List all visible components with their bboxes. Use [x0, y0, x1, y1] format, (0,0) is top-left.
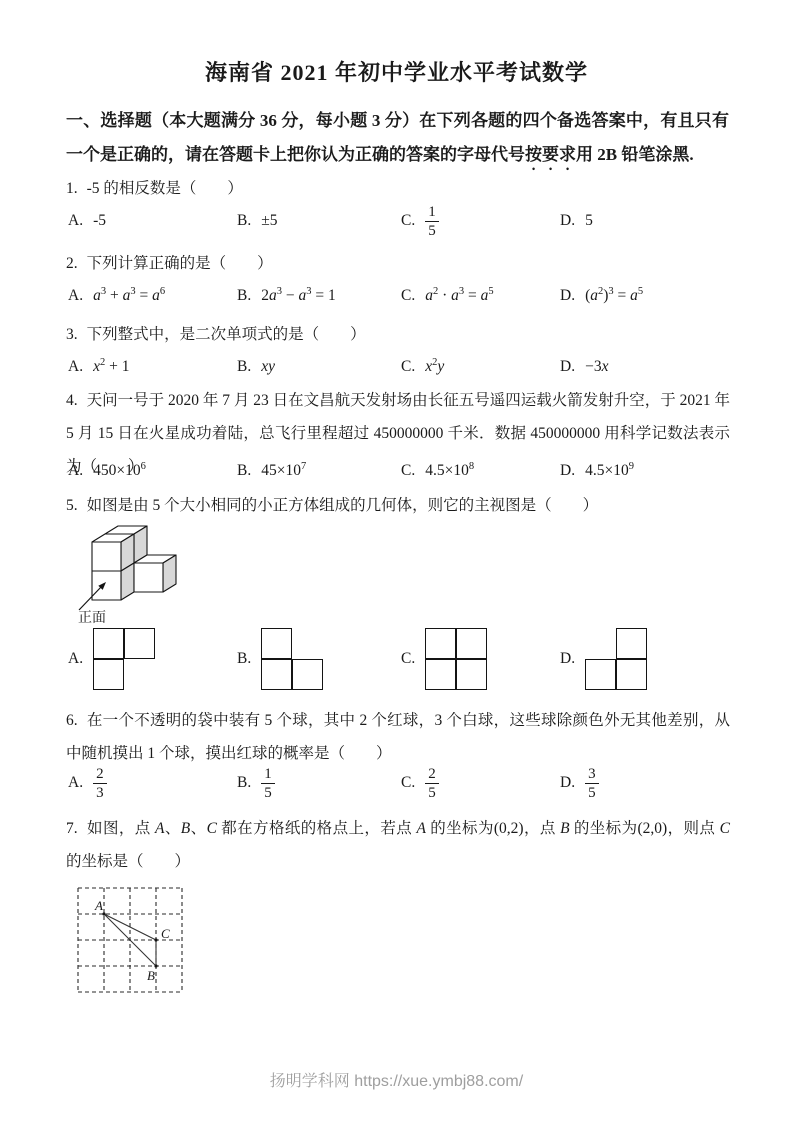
q3-option-d: D.−3x	[560, 348, 608, 386]
question-2-text: 下列计算正确的是（ ）	[87, 255, 273, 272]
text-part: a	[93, 288, 101, 305]
coordinate-grid-figure: A C B	[70, 878, 230, 1003]
q1-option-a-label: A.	[68, 212, 83, 230]
q3-option-b-label: B.	[237, 358, 251, 376]
question-3-options: A.x2 + 1 B.xy C.x2y D.−3x	[68, 348, 768, 386]
q6-option-d-value: 35	[585, 765, 599, 802]
q4-option-c-label: C.	[401, 462, 415, 480]
point-a-label: A	[94, 898, 103, 913]
text-part: 450×10	[93, 463, 141, 480]
view-cell	[616, 628, 647, 659]
q2-option-a-label: A.	[68, 287, 83, 305]
q3-option-d-label: D.	[560, 358, 575, 376]
text-part: C	[207, 820, 217, 837]
view-cell	[292, 659, 323, 690]
q5-option-a-view	[93, 628, 156, 691]
text-part: 、	[190, 820, 206, 837]
text-part: =	[136, 288, 153, 305]
view-cell	[261, 628, 292, 659]
text-part: C	[720, 820, 730, 837]
q4-option-d-label: D.	[560, 462, 575, 480]
text-part: 下列整式中，是二次单项式的是（ ）	[87, 326, 366, 343]
q1-option-c-value: 15	[425, 203, 439, 240]
text-part: −3	[585, 358, 602, 375]
q3-option-c-value: x2y	[425, 357, 444, 376]
q3-option-a: A.x2 + 1	[68, 348, 129, 386]
q1-option-b: B.±5	[237, 196, 277, 246]
q5-option-b-label: B.	[237, 650, 251, 668]
q5-option-c-view	[425, 628, 488, 691]
text-part: 7	[301, 461, 306, 472]
q3-option-c: C.x2y	[401, 348, 444, 386]
section-heading: 一、选择题（本大题满分 36 分，每小题 3 分）在下列各题的四个备选答案中，有…	[66, 104, 729, 174]
question-3-stem: 3.下列整式中，是二次单项式的是（ ）	[66, 318, 730, 351]
text-part: 9	[629, 461, 634, 472]
q2-option-c-value: a2 · a3 = a5	[425, 286, 493, 305]
q2-option-a: A.a3 + a3 = a6	[68, 277, 165, 315]
q2-option-b-label: B.	[237, 287, 251, 305]
text-part: a	[269, 288, 277, 305]
view-cell	[616, 659, 647, 690]
question-5-text: 如图是由 5 个大小相同的小正方体组成的几何体，则它的主视图是（ ）	[87, 497, 599, 514]
q6-option-b-label: B.	[237, 774, 251, 792]
text-part: 的坐标是（ ）	[66, 853, 190, 870]
question-1-text: -5 的相反数是（ ）	[87, 180, 243, 197]
q6-option-d-label: D.	[560, 774, 575, 792]
text-part: 5	[638, 286, 643, 297]
text-part: 45×10	[261, 463, 301, 480]
question-3-text: 下列整式中，是二次单项式的是（ ）	[87, 326, 366, 343]
q4-option-c: C.4.5×108	[401, 452, 474, 490]
text-part: x	[602, 358, 609, 375]
text-part: -5 的相反数是（ ）	[87, 180, 243, 197]
question-7-stem: 7.如图，点 A、B、C 都在方格纸的格点上，若点 A 的坐标为(0,2)，点 …	[66, 812, 730, 878]
q5-option-b: B.	[237, 626, 324, 692]
text-part: 25	[425, 765, 439, 802]
point-b-label: B	[147, 968, 155, 983]
text-part: 4.5×10	[585, 463, 629, 480]
q6-option-c-value: 25	[425, 765, 439, 802]
q6-option-b: B.15	[237, 757, 275, 809]
q2-option-d: D.(a2)3 = a5	[560, 277, 643, 315]
q4-option-a: A.450×106	[68, 452, 146, 490]
text-part: −	[282, 288, 299, 305]
front-face-label: 正面	[78, 610, 106, 626]
q5-option-d-view	[585, 628, 648, 691]
text-part: 如图是由 5 个大小相同的小正方体组成的几何体，则它的主视图是（ ）	[87, 497, 599, 514]
q2-option-c-label: C.	[401, 287, 415, 305]
text-part: B	[181, 820, 190, 837]
text-part: 15	[261, 765, 275, 802]
text-part: 的坐标为(2,0)，则点	[570, 820, 720, 837]
q5-option-c: C.	[401, 626, 488, 692]
q1-option-d-value: 5	[585, 212, 593, 230]
view-cell	[124, 628, 155, 659]
view-cell	[93, 659, 124, 690]
q6-option-b-value: 15	[261, 765, 275, 802]
question-3-number: 3.	[66, 326, 78, 343]
q1-option-b-value: ±5	[261, 212, 277, 230]
text-part: 用 2B 铅笔涂黑.	[576, 145, 694, 164]
q1-option-c-label: C.	[401, 212, 415, 230]
q2-option-d-label: D.	[560, 287, 575, 305]
view-cell	[456, 628, 487, 659]
view-cell	[425, 628, 456, 659]
q1-option-b-label: B.	[237, 212, 251, 230]
text-part: a	[451, 288, 459, 305]
q5-option-d-label: D.	[560, 650, 575, 668]
q2-option-b: B.2a3 − a3 = 1	[237, 277, 336, 315]
text-part: 5	[585, 212, 593, 229]
q3-option-b: B.xy	[237, 348, 275, 386]
q2-option-a-value: a3 + a3 = a6	[93, 286, 165, 305]
view-cell	[456, 659, 487, 690]
text-part: 的坐标为(0,2)，点	[426, 820, 560, 837]
q5-option-c-label: C.	[401, 650, 415, 668]
text-part: xy	[261, 358, 275, 375]
text-part: 5	[488, 286, 493, 297]
q6-option-c: C.25	[401, 757, 439, 809]
text-part: 35	[585, 765, 599, 802]
q5-option-a: A.	[68, 626, 156, 692]
question-6-options: A.23 B.15 C.25 D.35	[68, 757, 768, 809]
q1-option-a-value: -5	[93, 212, 106, 230]
question-2-stem: 2.下列计算正确的是（ ）	[66, 247, 730, 280]
view-cell	[93, 628, 124, 659]
text-part: A	[416, 820, 425, 837]
view-cell	[425, 659, 456, 690]
q4-option-a-value: 450×106	[93, 461, 146, 480]
question-2-number: 2.	[66, 255, 78, 272]
q6-option-c-label: C.	[401, 774, 415, 792]
cube-solid-figure: 正面	[72, 516, 192, 628]
q5-option-a-label: A.	[68, 650, 83, 668]
q5-option-d: D.	[560, 626, 648, 692]
q1-option-c: C.15	[401, 196, 439, 246]
question-6-text: 在一个不透明的袋中装有 5 个球，其中 2 个红球，3 个白球，这些球除颜色外无…	[66, 712, 730, 762]
exam-document-page: 海南省 2021 年初中学业水平考试数学 一、选择题（本大题满分 36 分，每小…	[0, 0, 793, 1122]
text-part: =	[464, 288, 481, 305]
text-part: ·	[438, 288, 451, 305]
text-part: = 1	[311, 288, 335, 305]
view-cell	[585, 659, 616, 690]
text-part: 下列计算正确的是（ ）	[87, 255, 273, 272]
q4-option-d-value: 4.5×109	[585, 461, 634, 480]
text-part: a	[152, 288, 160, 305]
text-part: 15	[425, 203, 439, 240]
q4-option-b-value: 45×107	[261, 461, 306, 480]
q3-option-a-value: x2 + 1	[93, 357, 129, 376]
q2-option-d-value: (a2)3 = a5	[585, 286, 643, 305]
q6-option-a: A.23	[68, 757, 107, 809]
question-5-number: 5.	[66, 497, 78, 514]
text-part: 4.5×10	[425, 463, 469, 480]
q4-option-a-label: A.	[68, 462, 83, 480]
text-part: + 1	[105, 359, 129, 376]
text-part: 在一个不透明的袋中装有 5 个球，其中 2 个红球，3 个白球，这些球除颜色外无…	[66, 712, 730, 762]
text-part: +	[106, 288, 123, 305]
point-c	[154, 938, 157, 941]
question-2-options: A.a3 + a3 = a6 B.2a3 − a3 = 1 C.a2 · a3 …	[68, 277, 768, 315]
question-4-options: A.450×106 B.45×107 C.4.5×108 D.4.5×109	[68, 452, 768, 490]
text-part: 、	[164, 820, 180, 837]
q1-option-a: A.-5	[68, 196, 106, 246]
q3-option-b-value: xy	[261, 358, 275, 376]
point-c-label: C	[161, 926, 170, 941]
q6-option-a-label: A.	[68, 774, 83, 792]
view-cell	[261, 659, 292, 690]
q2-option-b-value: 2a3 − a3 = 1	[261, 286, 336, 305]
question-6-number: 6.	[66, 712, 78, 729]
text-part: y	[437, 359, 444, 376]
text-part: a	[425, 288, 433, 305]
watermark-footer: 扬明学科网 https://xue.ymbj88.com/	[0, 1068, 793, 1091]
text-part: 8	[469, 461, 474, 472]
text-part: ±5	[261, 212, 277, 229]
question-1-number: 1.	[66, 180, 78, 197]
q3-option-a-label: A.	[68, 358, 83, 376]
q1-option-d: D.5	[560, 196, 593, 246]
q6-option-d: D.35	[560, 757, 599, 809]
text-part: 按要求	[525, 145, 576, 164]
question-1-options: A.-5 B.±5 C.15 D.5	[68, 196, 768, 246]
text-part: 23	[93, 765, 107, 802]
text-part: =	[614, 288, 631, 305]
q2-option-c: C.a2 · a3 = a5	[401, 277, 494, 315]
text-part: B	[560, 820, 569, 837]
q3-option-d-value: −3x	[585, 358, 608, 376]
text-part: x	[93, 359, 100, 376]
question-7-number: 7.	[66, 820, 78, 837]
question-4-number: 4.	[66, 392, 78, 409]
q1-option-d-label: D.	[560, 212, 575, 230]
q4-option-d: D.4.5×109	[560, 452, 634, 490]
question-5-options: A. B. C. D.	[68, 626, 768, 692]
q4-option-b-label: B.	[237, 462, 251, 480]
q6-option-a-value: 23	[93, 765, 107, 802]
question-7-text: 如图，点 A、B、C 都在方格纸的格点上，若点 A 的坐标为(0,2)，点 B …	[66, 820, 730, 870]
q5-option-b-view	[261, 628, 324, 691]
page-title: 海南省 2021 年初中学业水平考试数学	[0, 56, 793, 87]
q3-option-c-label: C.	[401, 358, 415, 376]
text-part: -5	[93, 212, 106, 229]
text-part: 都在方格纸的格点上，若点	[217, 820, 417, 837]
text-part: 6	[141, 461, 146, 472]
text-part: a	[590, 288, 598, 305]
q4-option-c-value: 4.5×108	[425, 461, 474, 480]
text-part: 如图，点	[87, 820, 155, 837]
text-part: a	[630, 288, 638, 305]
text-part: 2	[261, 288, 269, 305]
text-part: 6	[160, 286, 165, 297]
q4-option-b: B.45×107	[237, 452, 306, 490]
